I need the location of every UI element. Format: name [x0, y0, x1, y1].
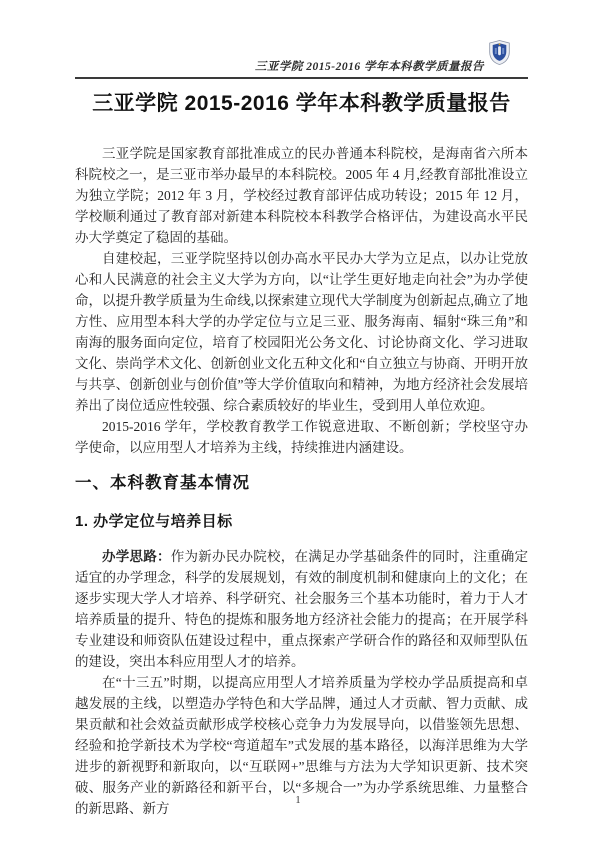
subsection-paragraph-school-philosophy: 办学思路：作为新办民办院校，在满足办学基础条件的同时，注重确定适宜的办学理念，科…	[75, 546, 528, 672]
page-number: 1	[0, 795, 596, 806]
intro-paragraph-3: 2015-2016 学年，学校教育教学工作锐意进取、不断创新；学校坚守办学使命，…	[75, 416, 528, 458]
intro-paragraph-2: 自建校起，三亚学院坚持以创办高水平民办大学为立足点，以办让党放心和人民满意的社会…	[75, 248, 528, 416]
document-body: 三亚学院是国家教育部批准成立的民办普通本科院校，是海南省六所本科院校之一，是三亚…	[75, 143, 528, 819]
section-heading-basic-education: 一、本科教育基本情况	[75, 472, 528, 494]
subsection-heading-positioning-goals: 1. 办学定位与培养目标	[75, 512, 528, 532]
university-crest-icon	[489, 40, 510, 65]
paragraph-bold-lead: 办学思路：	[102, 549, 171, 564]
page-header: 三亚学院 2015-2016 学年本科教学质量报告	[75, 0, 528, 79]
document-page: 三亚学院 2015-2016 学年本科教学质量报告 三亚学院 2015-2016…	[0, 0, 596, 842]
document-title: 三亚学院 2015-2016 学年本科教学质量报告	[75, 91, 528, 117]
intro-paragraph-1: 三亚学院是国家教育部批准成立的民办普通本科院校，是海南省六所本科院校之一，是三亚…	[75, 143, 528, 248]
running-title: 三亚学院 2015-2016 学年本科教学质量报告	[255, 58, 484, 74]
paragraph-body-text: 作为新办民办院校，在满足办学基础条件的同时，注重确定适宜的办学理念，科学的发展规…	[75, 549, 528, 669]
